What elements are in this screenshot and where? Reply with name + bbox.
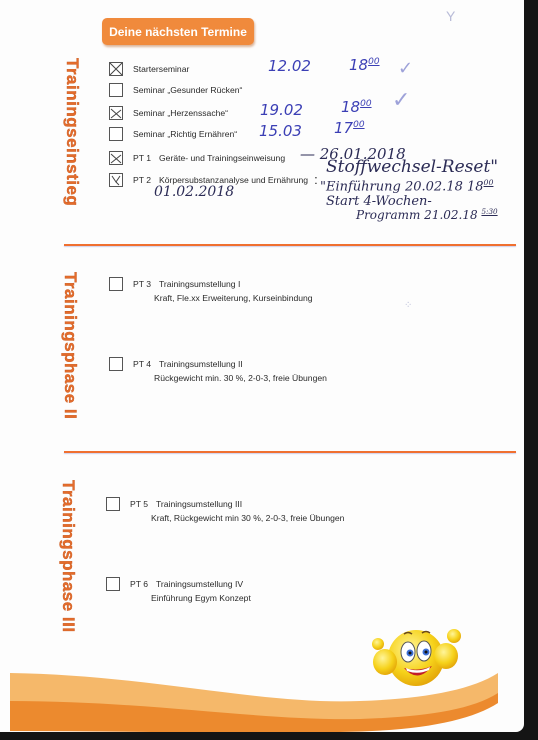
- section-label-phase-2: Trainingsphase II: [60, 272, 80, 419]
- item-detail: Kraft, Rückgewicht min 30 %, 2-0-3, frei…: [151, 513, 344, 523]
- section-divider: [64, 244, 516, 246]
- item-detail: Einführung Egym Konzept: [151, 593, 251, 603]
- list-item-pt3: PT 3 Trainingsumstellung I: [109, 277, 240, 291]
- handwritten-time: 1700: [334, 119, 365, 137]
- scan-mark: ⁘: [404, 300, 412, 311]
- item-label: Seminar „Richtig Ernähren“: [133, 129, 237, 139]
- checkbox-checked[interactable]: [109, 151, 123, 165]
- handwritten-date: 15.03: [259, 122, 302, 140]
- handwritten-time: 1800: [349, 56, 380, 74]
- checkbox-checked[interactable]: [109, 62, 123, 76]
- item-code: PT 5: [130, 499, 148, 509]
- document-page: Deine nächsten Termine Trainingseinstieg…: [0, 0, 524, 732]
- item-label: Geräte- und Trainingseinweisung: [159, 153, 285, 163]
- checkbox-unchecked[interactable]: [109, 127, 123, 141]
- handwritten-date: 19.02: [260, 101, 303, 119]
- list-item-pt5: PT 5 Trainingsumstellung III: [106, 497, 242, 511]
- item-colon: :: [314, 172, 318, 187]
- section-divider: [64, 451, 516, 453]
- item-label: Seminar „Gesunder Rücken“: [133, 85, 242, 95]
- checkbox-checked[interactable]: [109, 173, 123, 187]
- list-item-gesunder-ruecken: Seminar „Gesunder Rücken“: [109, 83, 242, 97]
- checkbox-unchecked[interactable]: [109, 357, 123, 371]
- item-code: PT 1: [133, 153, 151, 163]
- item-code: PT 4: [133, 359, 151, 369]
- item-label: Trainingsumstellung III: [156, 499, 242, 509]
- item-label: Körpersubstanzanalyse und Ernährung: [159, 175, 308, 185]
- list-item-pt1: PT 1 Geräte- und Trainingseinweisung: [109, 151, 285, 165]
- list-item-pt4: PT 4 Trainingsumstellung II: [109, 357, 243, 371]
- item-code: PT 6: [130, 579, 148, 589]
- item-label: Trainingsumstellung I: [159, 279, 240, 289]
- checkbox-unchecked[interactable]: [109, 277, 123, 291]
- checkbox-unchecked[interactable]: [106, 497, 120, 511]
- handwritten-note-line: Stoffwechsel-Reset": [326, 157, 498, 177]
- appointments-header: Deine nächsten Termine: [102, 18, 254, 45]
- checkbox-unchecked[interactable]: [109, 83, 123, 97]
- handwritten-date: 01.02.2018: [154, 184, 234, 200]
- handwritten-date: 12.02: [268, 57, 311, 75]
- scan-mark: Y: [446, 8, 455, 24]
- thumbs-up-smiley-icon: [368, 622, 463, 692]
- section-label-phase-3: Trainingsphase III: [58, 480, 78, 633]
- item-code: PT 3: [133, 279, 151, 289]
- item-label: Seminar „Herzenssache“: [133, 108, 228, 118]
- item-label: Trainingsumstellung IV: [156, 579, 243, 589]
- check-mark-icon: ✓: [392, 88, 410, 113]
- list-item-richtig-ernaehren: Seminar „Richtig Ernähren“: [109, 127, 237, 141]
- handwritten-time: 1800: [341, 98, 372, 116]
- list-item-starterseminar: Starterseminar: [109, 62, 189, 76]
- list-item-herzenssache: Seminar „Herzenssache“: [109, 106, 228, 120]
- list-item-pt6: PT 6 Trainingsumstellung IV: [106, 577, 243, 591]
- item-label: Starterseminar: [133, 64, 189, 74]
- item-label: Trainingsumstellung II: [159, 359, 243, 369]
- item-detail: Kraft, Fle.xx Erweiterung, Kurseinbindun…: [154, 293, 313, 303]
- checkbox-checked[interactable]: [109, 106, 123, 120]
- check-mark-icon: ✓: [398, 58, 413, 79]
- handwritten-note-line: "Einführung 20.02.18 1800: [320, 178, 493, 194]
- handwritten-note-line: Programm 21.02.18 5:30: [356, 207, 498, 222]
- item-detail: Rückgewicht min. 30 %, 2-0-3, freie Übun…: [154, 373, 327, 383]
- section-label-einstieg: Trainingseinstieg: [62, 58, 82, 206]
- item-code: PT 2: [133, 175, 151, 185]
- checkbox-unchecked[interactable]: [106, 577, 120, 591]
